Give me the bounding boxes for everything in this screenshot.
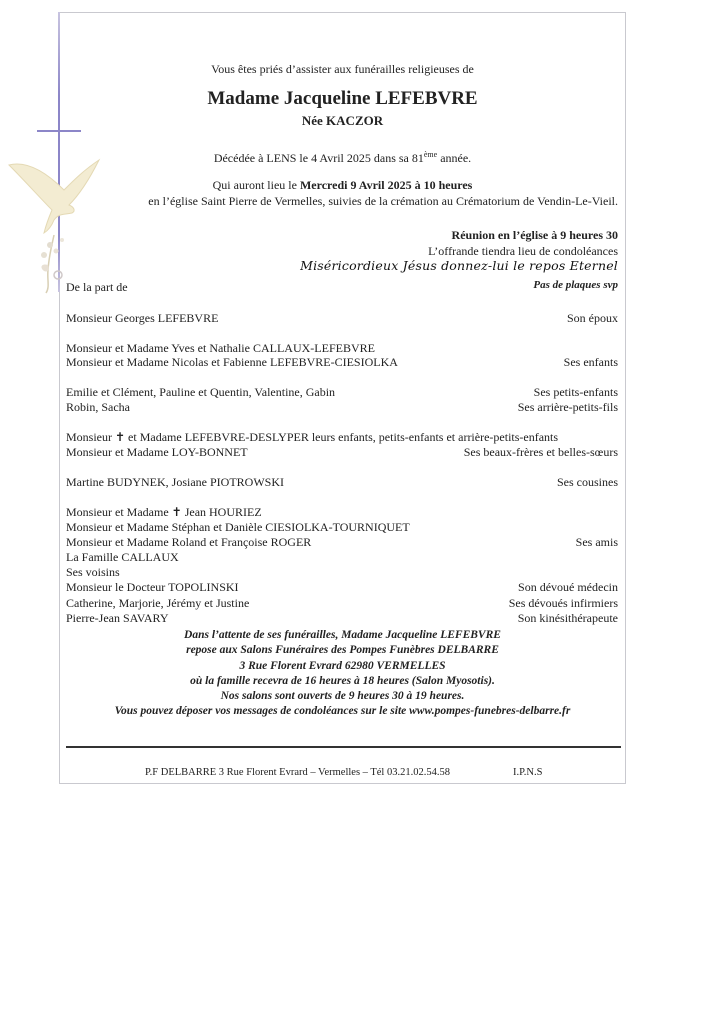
ceremony-date-time: Mercredi 9 Avril 2025 à 10 heures <box>300 178 472 192</box>
family-member-name: Catherine, Marjorie, Jérémy et Justine <box>66 596 249 610</box>
family-member-name: Monsieur et Madame Yves et Nathalie CALL… <box>66 341 375 355</box>
death-notice-text: Décédée à LENS le 4 Avril 2025 dans sa 8… <box>214 151 424 165</box>
family-member-name: Monsieur ✝ et Madame LEFEBVRE-DESLYPER l… <box>66 430 558 444</box>
ceremony-date: Qui auront lieu le Mercredi 9 Avril 2025… <box>59 178 626 192</box>
family-member-name: Martine BUDYNEK, Josiane PIOTROWSKI <box>66 475 284 489</box>
family-relation: Ses arrière-petits-fils <box>518 400 618 414</box>
family-member-name: Monsieur et Madame LOY-BONNET <box>66 445 248 459</box>
family-member-name: Monsieur et Madame Roland et Françoise R… <box>66 535 311 549</box>
family-member-name: Ses voisins <box>66 565 120 579</box>
family-header: De la part de <box>66 280 128 294</box>
family-member-name: Emilie et Clément, Pauline et Quentin, V… <box>66 385 335 399</box>
funeral-home-info-line: repose aux Salons Funéraires des Pompes … <box>59 643 626 657</box>
family-member-name: Monsieur et Madame Nicolas et Fabienne L… <box>66 355 398 369</box>
family-relation: Ses enfants <box>564 355 618 369</box>
family-member-name: Monsieur et Madame ✝ Jean HOURIEZ <box>66 505 262 519</box>
family-relation: Ses beaux-frères et belles-sœurs <box>464 445 618 459</box>
deceased-name: Madame Jacqueline LEFEBVRE <box>59 88 626 110</box>
maiden-name: Née KACZOR <box>59 114 626 128</box>
death-notice: Décédée à LENS le 4 Avril 2025 dans sa 8… <box>59 151 626 165</box>
family-relation: Ses amis <box>576 535 618 549</box>
family-relation: Son dévoué médecin <box>518 580 618 594</box>
ordinal-suffix: ème <box>424 150 437 159</box>
family-member-name: Monsieur et Madame Stéphan et Danièle CI… <box>66 520 410 534</box>
family-member-name: Monsieur le Docteur TOPOLINSKI <box>66 580 239 594</box>
footer-company: P.F DELBARRE 3 Rue Florent Evrard – Verm… <box>145 766 450 780</box>
cross-icon-bar <box>37 130 81 132</box>
funeral-home-info-line: 3 Rue Florent Evrard 62980 VERMELLES <box>59 659 626 673</box>
divider <box>66 746 621 748</box>
family-member-name: La Famille CALLAUX <box>66 550 179 564</box>
intro-text: Vous êtes priés d’assister aux funéraill… <box>59 62 626 76</box>
funeral-home-info-line: où la famille recevra de 16 heures à 18 … <box>59 674 626 688</box>
family-relation: Ses cousines <box>557 475 618 489</box>
funeral-home-info-line: Dans l’attente de ses funérailles, Madam… <box>59 628 626 642</box>
family-relation: Son époux <box>567 311 618 325</box>
death-notice-end: année. <box>437 151 471 165</box>
prayer-text: Miséricordieux Jésus donnez-lui le repos… <box>300 259 618 273</box>
footer-mention: I.P.N.S <box>513 766 542 780</box>
family-relation: Ses petits-enfants <box>534 385 618 399</box>
funeral-home-info-line: Nos salons sont ouverts de 9 heures 30 à… <box>59 689 626 703</box>
ceremony-prefix: Qui auront lieu le <box>213 178 300 192</box>
offering-note: L’offrande tiendra lieu de condoléances <box>428 244 618 258</box>
family-member-name: Pierre-Jean SAVARY <box>66 611 169 625</box>
funeral-home-info-line: Vous pouvez déposer vos messages de cond… <box>59 704 626 718</box>
family-relation: Son kinésithérapeute <box>518 611 618 625</box>
family-relation: Ses dévoués infirmiers <box>509 596 618 610</box>
meeting-time: Réunion en l’église à 9 heures 30 <box>452 228 618 242</box>
family-member-name: Robin, Sacha <box>66 400 130 414</box>
ceremony-location: en l’église Saint Pierre de Vermelles, s… <box>78 194 618 208</box>
no-plaques-note: Pas de plaques svp <box>533 278 618 292</box>
family-member-name: Monsieur Georges LEFEBVRE <box>66 311 218 325</box>
dove-icon <box>4 145 104 295</box>
